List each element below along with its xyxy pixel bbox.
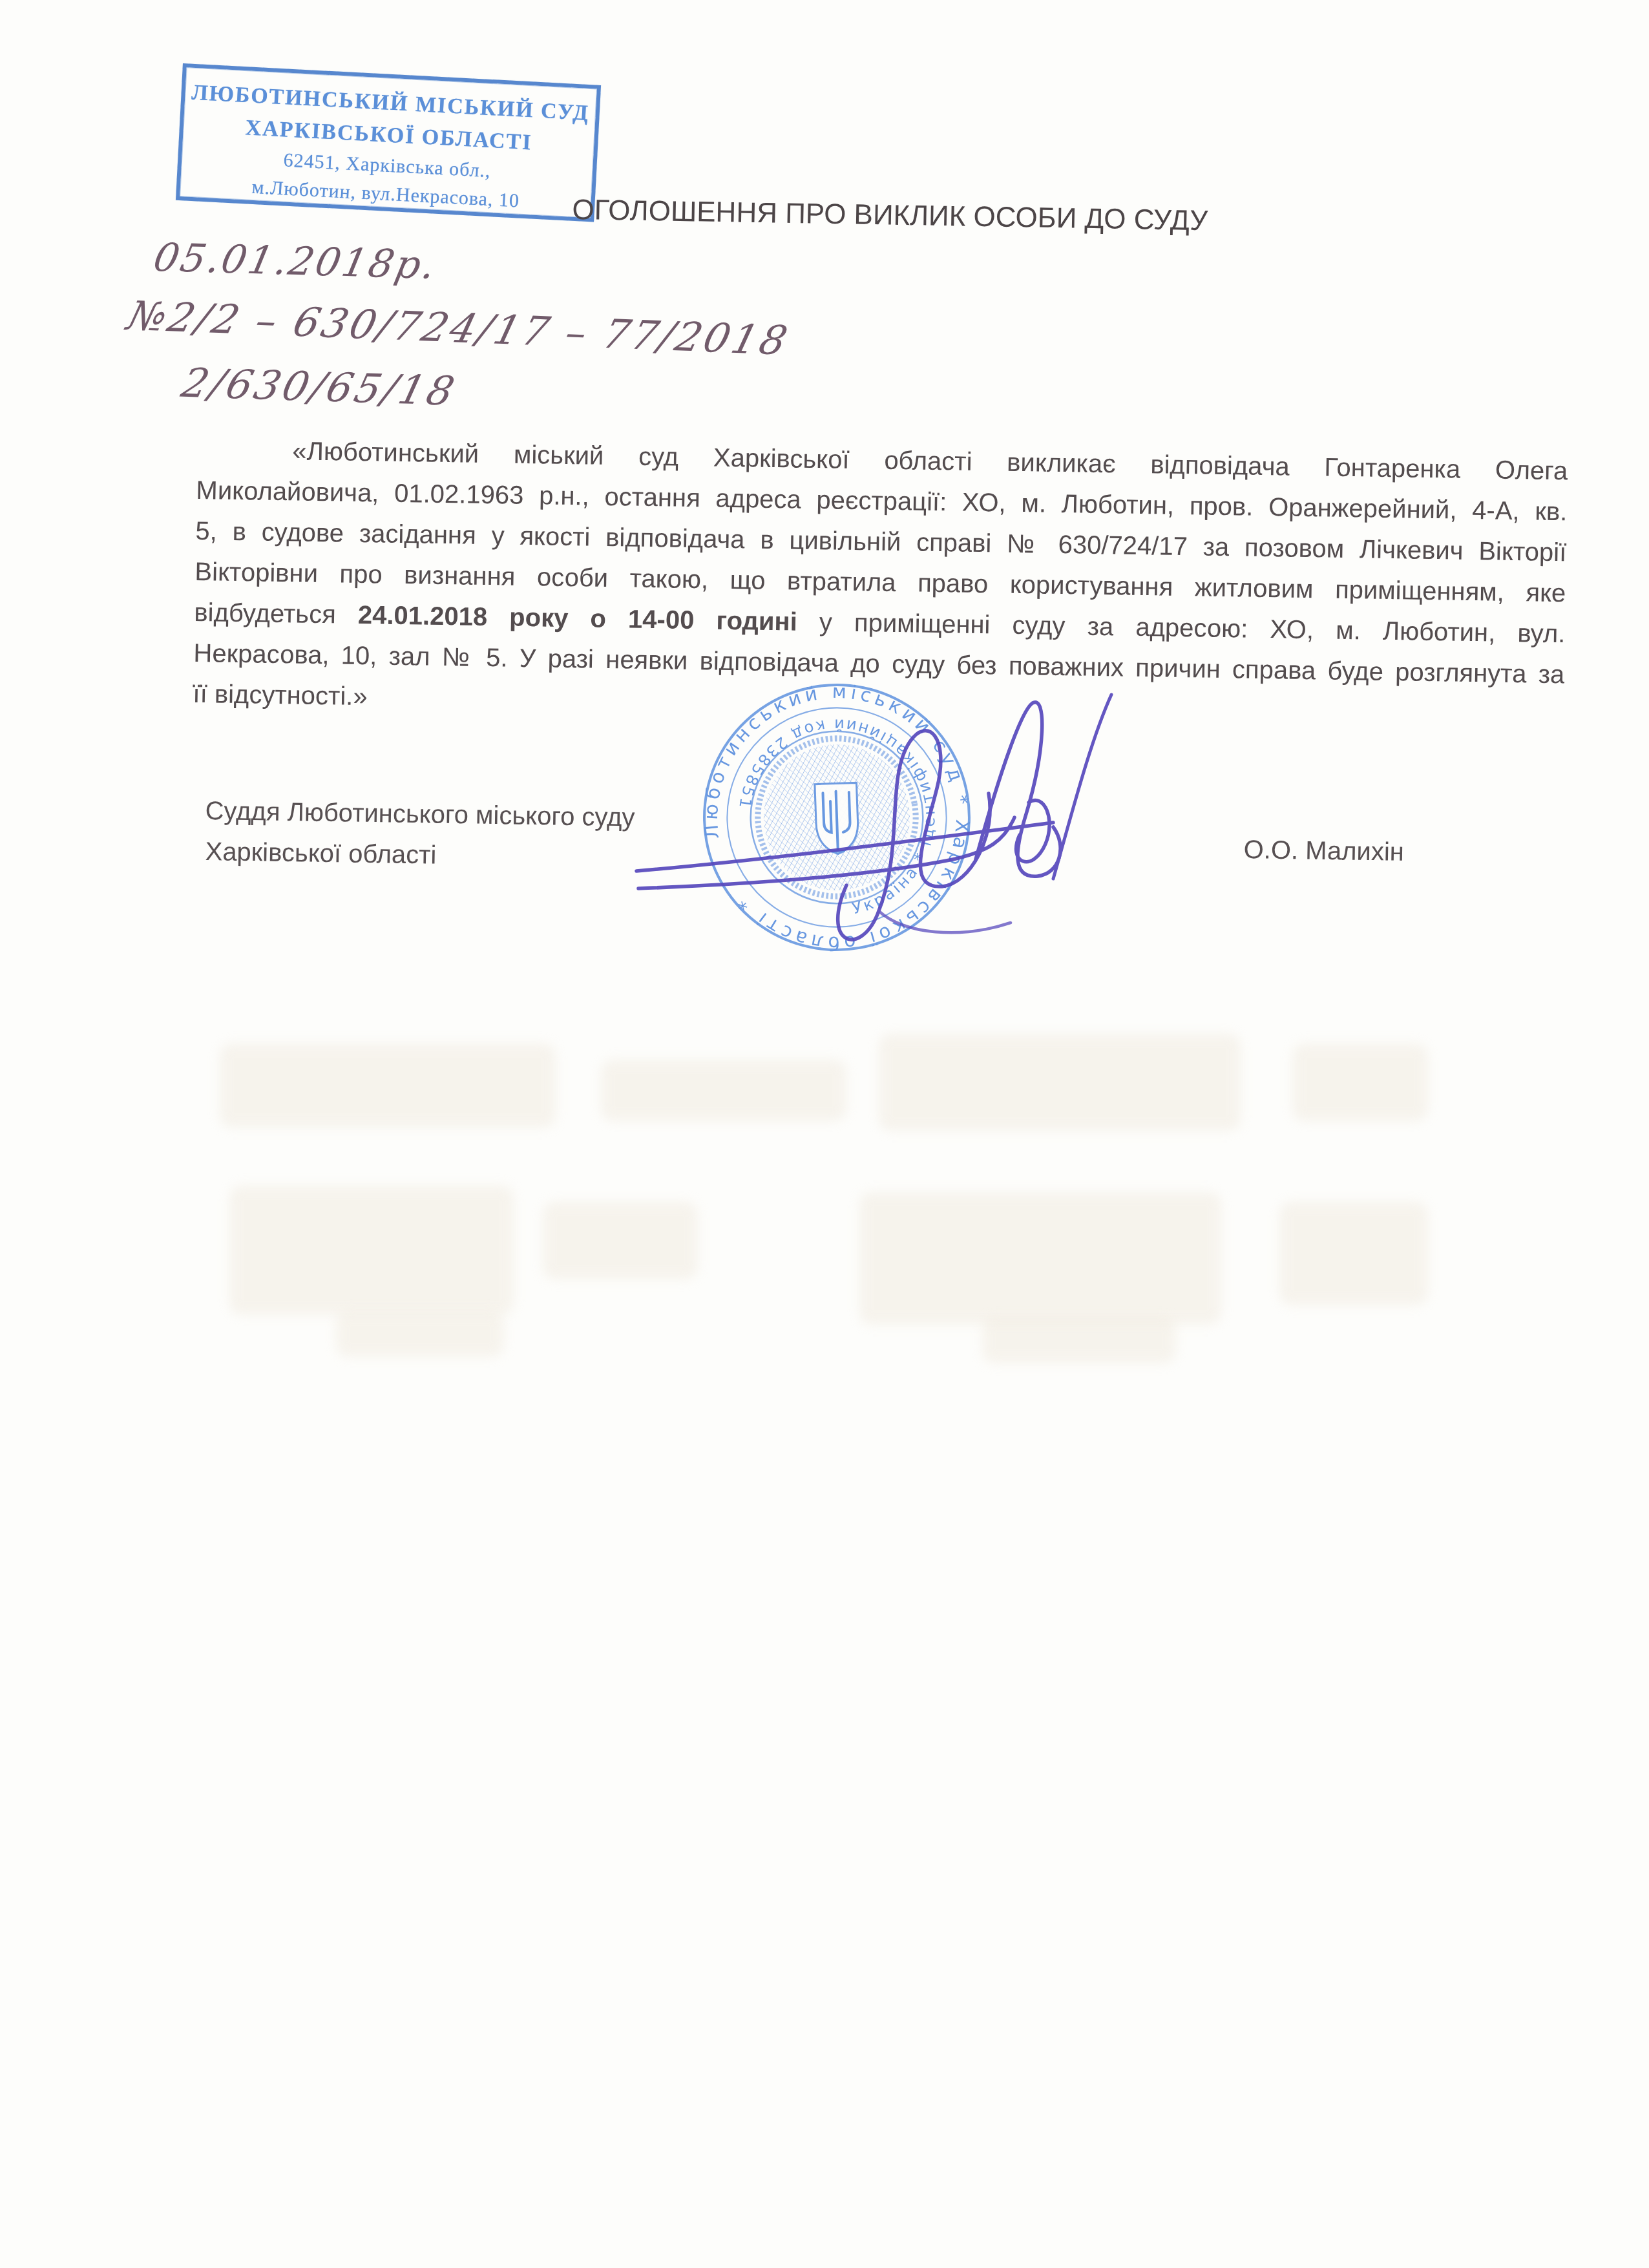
bleed-through-mark <box>859 1192 1221 1325</box>
bleed-through-mark <box>1279 1202 1428 1305</box>
signatory-name: О.О. Малихін <box>1243 835 1404 867</box>
bleed-through-mark <box>1292 1044 1428 1121</box>
judge-signature-ink <box>601 666 1131 969</box>
bleed-through-mark <box>543 1202 698 1279</box>
scanned-document-page: ЛЮБОТИНСЬКИЙ МІСЬКИЙ СУД ХАРКІВСЬКОЇ ОБЛ… <box>0 0 1649 2268</box>
signatory-role-line-2: Харківської області <box>205 837 436 870</box>
handwritten-date: 05.01.2018р. <box>150 235 441 288</box>
handwritten-case-number-secondary: 2/630/65/18 <box>177 359 461 415</box>
bleed-through-mark <box>982 1318 1176 1363</box>
court-address-stamp: ЛЮБОТИНСЬКИЙ МІСЬКИЙ СУД ХАРКІВСЬКОЇ ОБЛ… <box>176 63 601 222</box>
document-title: ОГОЛОШЕННЯ ПРО ВИКЛИК ОСОБИ ДО СУДУ <box>572 194 1208 237</box>
bleed-through-mark <box>229 1186 514 1315</box>
bleed-through-mark <box>879 1034 1241 1131</box>
bleed-through-mark <box>601 1060 846 1121</box>
handwritten-case-number: №2/2 – 630/724/17 – 77/2018 <box>123 292 795 364</box>
signatory-role-line-1: Суддя Люботинського міського суду <box>205 797 635 832</box>
bleed-through-mark <box>220 1044 556 1128</box>
bleed-through-mark <box>336 1312 504 1357</box>
